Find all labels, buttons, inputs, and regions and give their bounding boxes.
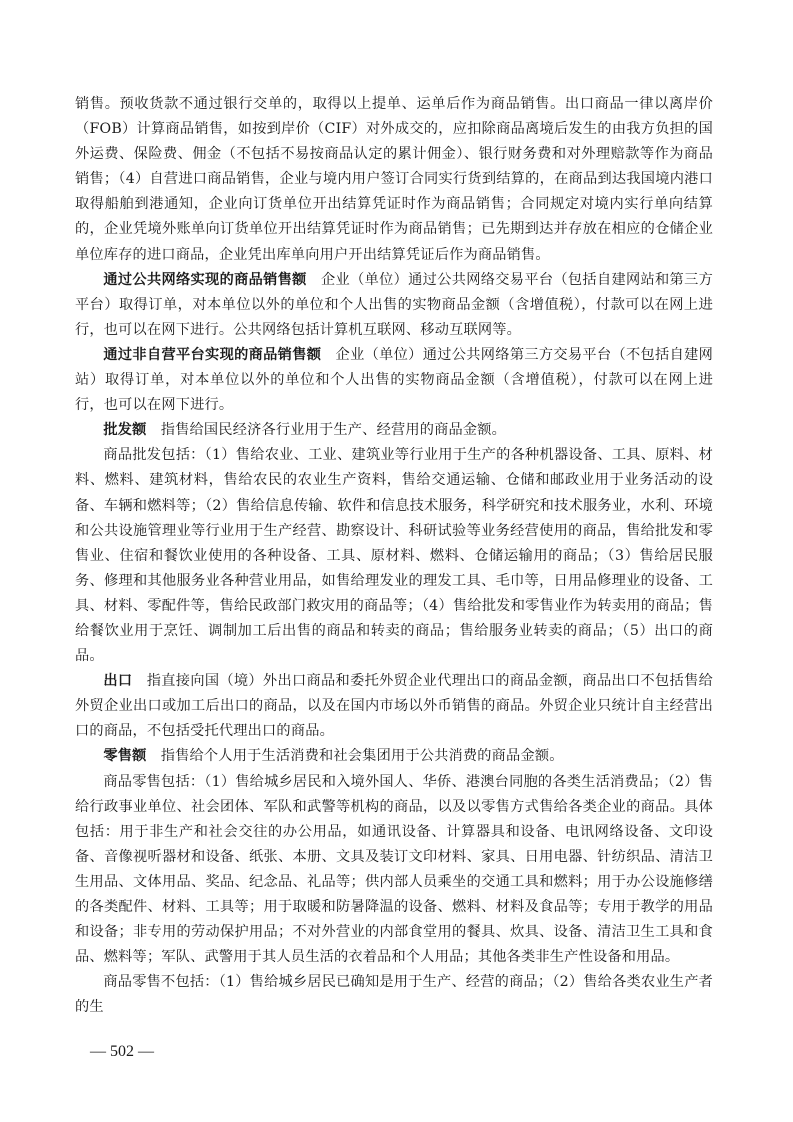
paragraph-retail: 零售额指售给个人用于生活消费和社会集团用于公共消费的商品金额。 xyxy=(75,744,713,769)
term-retail: 零售额 xyxy=(103,748,146,764)
term-export: 出口 xyxy=(103,673,132,689)
paragraph-wholesale-includes: 商品批发包括：（1）售给农业、工业、建筑业等行业用于生产的各种机器设备、工具、原… xyxy=(75,443,713,669)
paragraph-text: 商品批发包括：（1）售给农业、工业、建筑业等行业用于生产的各种机器设备、工具、原… xyxy=(75,447,713,664)
paragraph-text: 指售给个人用于生活消费和社会集团用于公共消费的商品金额。 xyxy=(161,748,564,764)
paragraph-online-sales: 通过公共网络实现的商品销售额企业（单位）通过公共网络交易平台（包括自建网站和第三… xyxy=(75,268,713,343)
term-online-sales: 通过公共网络实现的商品销售额 xyxy=(103,272,306,288)
paragraph-text: 商品零售不包括：（1）售给城乡居民已确知是用于生产、经营的商品；（2）售给各类农… xyxy=(75,974,713,1015)
paragraph-third-party-sales: 通过非自营平台实现的商品销售额企业（单位）通过公共网络第三方交易平台（不包括自建… xyxy=(75,343,713,418)
paragraph-text: 指售给国民经济各行业用于生产、经营用的商品金额。 xyxy=(161,422,506,438)
term-third-party-sales: 通过非自营平台实现的商品销售额 xyxy=(103,347,321,363)
term-wholesale: 批发额 xyxy=(103,422,146,438)
paragraph-continuation-sales: 销售。预收货款不通过银行交单的，取得以上提单、运单后作为商品销售。出口商品一律以… xyxy=(75,92,713,268)
paragraph-text: 销售。预收货款不通过银行交单的，取得以上提单、运单后作为商品销售。出口商品一律以… xyxy=(75,96,713,263)
page-number: — 502 — xyxy=(90,1043,154,1061)
paragraph-text: 指直接向国（境）外出口商品和委托外贸企业代理出口的商品金额，商品出口不包括售给外… xyxy=(75,673,713,739)
paragraph-export: 出口指直接向国（境）外出口商品和委托外贸企业代理出口的商品金额，商品出口不包括售… xyxy=(75,669,713,744)
paragraph-retail-includes: 商品零售包括：（1）售给城乡居民和入境外国人、华侨、港澳台同胞的各类生活消费品；… xyxy=(75,770,713,971)
paragraph-text: 商品零售包括：（1）售给城乡居民和入境外国人、华侨、港澳台同胞的各类生活消费品；… xyxy=(75,774,713,966)
document-body: 销售。预收货款不通过银行交单的，取得以上提单、运单后作为商品销售。出口商品一律以… xyxy=(75,92,713,1020)
paragraph-wholesale: 批发额指售给国民经济各行业用于生产、经营用的商品金额。 xyxy=(75,418,713,443)
paragraph-retail-excludes: 商品零售不包括：（1）售给城乡居民已确知是用于生产、经营的商品；（2）售给各类农… xyxy=(75,970,713,1020)
